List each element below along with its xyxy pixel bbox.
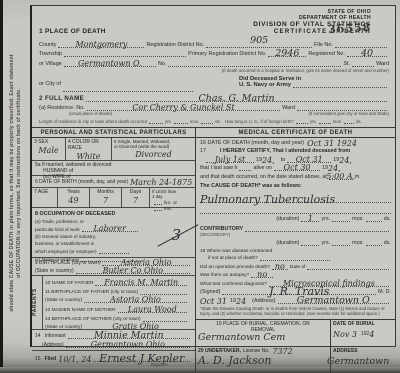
township-line [64,51,186,57]
age-days-cell: Days 7 [122,188,150,207]
death-certificate: STATE OF OHIO DEPARTMENT OF HEALTH DIVIS… [30,5,396,347]
scan-edge-strip [0,0,3,373]
to-label: to [281,157,286,163]
cause-of-death-label: The CAUSE OF DEATH* was as follows: [200,183,302,189]
less-than-day-cell: If LESS than 1 day hrs.or min. [150,188,195,207]
duration2-yrs: yrs. [321,240,330,246]
personal-column: 3 SEX Male 4 COLOR OR RACE White 5 Singl… [32,138,196,373]
death-occurred-label: and that death occurred, on the date sta… [200,174,327,180]
informant-row: 14 Informant Minnie Martin (Address) Ger… [32,330,195,351]
howlong-label: How long in U. S., if of foreign birth? [225,119,294,124]
registration-district-value: 905 [250,38,268,43]
howlong-yrs-line [296,118,308,124]
informant-line: Minnie Martin [68,333,190,339]
last-saw-value: Oct 30 [284,165,311,170]
primary-district-value: 2946 [275,51,299,56]
autopsy-line: no [251,272,273,278]
birthplace-row: 9 BIRTHPLACE (city or town) Astoria Ohio… [32,258,195,276]
handwritten-mark: 3 [171,226,181,244]
autopsy-value: no [257,272,267,277]
howlong-ds-line [344,118,354,124]
informant-address-value: Germantown Ohio [91,342,165,347]
margin-line-1: should state CAUSE OF DEATH in plain ter… [9,7,16,359]
undertaker-value: A. D. Jackson [198,358,328,363]
father-name-value: Francis M. Martin [104,280,178,285]
marital-value: Divorced [114,152,193,157]
months-label: Months [92,189,119,195]
where-contracted-label-2: if not at place of death? [208,256,258,261]
registered-no-line: 40 [347,51,387,57]
m-label: m. [355,174,361,180]
length-ds: ds. [215,119,221,124]
date-of-death-label: 16 DATE OF DEATH (month, day and year) [200,140,304,146]
footnote: *State the Disease Causing Death, or in … [196,304,395,319]
full-name-value: Chas. G. Martin [199,96,275,101]
age-row: 7 AGE Years 49 Months 7 Days 7 If LESS t… [32,188,195,208]
registrar-line: Ernest J Kepler [93,356,190,362]
where-contracted-label-1: 18 Where was disease contracted [200,249,272,254]
mother-name-line: Laura Wood [118,307,187,313]
nonresident-note: (If nonresident give city or town and St… [309,111,390,116]
informant-label: Informant [45,333,66,339]
duration-value: 1 [308,216,313,221]
ward-label: Ward [376,61,389,67]
residence-line: Cor Cherry & Gunckel St [87,105,280,111]
duration-mos-line [332,216,350,222]
navy-service-label-2: U. S. Navy or Army [239,82,291,88]
father-state-label: (State or country) [45,298,82,303]
parents-vertical-label: PARENTS [32,287,38,317]
birthplace-value: Astoria Ohio [121,260,172,265]
residence-value: Cor Cherry & Gunckel St [132,105,234,110]
registrar-signature: Ernest J Kepler [99,356,184,361]
burial-place-cell: 19 PLACE OF BURIAL, CREMATION, OR REMOVA… [196,320,331,346]
mother-birthplace-value: Gratis Ohio [112,324,159,329]
father-state-line: Astoria Ohio [84,297,187,303]
file-no-label: File No. [314,42,333,48]
contributory-line [245,226,389,232]
margin-line-2: of OCCUPATION is very important. See ins… [16,7,23,359]
informant-number: 14 [35,333,41,339]
mother-name-value: Laura Wood [128,307,177,312]
duration-mos: mos. [352,216,364,222]
township-label: Township [39,51,62,57]
street-no-label: No. [158,61,167,67]
dob-row: 6 DATE OF BIRTH (month, day, and year) M… [32,176,195,188]
county-value: Montgomery [75,42,127,47]
primary-district-line: 2946 [268,51,306,57]
length-mos: mos. [190,119,199,124]
age-days-value: 7 [124,198,147,203]
filed-label: Filed [45,356,57,362]
cause-line-2 [200,206,391,214]
years-label: Years [60,189,87,195]
sex-cell: 3 SEX Male [32,138,66,160]
village-label: or Village [39,61,62,67]
birthplace-line: Astoria Ohio [102,260,190,266]
secondary-label: (SECONDARY) [200,232,230,237]
burial-date-cell: DATE OF BURIAL Nov 3 192 4 [331,320,395,346]
duration2-ds: ds. [384,240,391,246]
township-row: Township Primary Registration District N… [39,51,389,57]
registered-no-label: Registered No. [308,51,345,57]
operation-date-line [307,264,389,270]
length-yrs-line [149,118,163,124]
last-saw-blank [239,165,251,171]
burial-date-value: Nov 3 [333,332,357,337]
city-line [63,86,193,92]
age-years-value: 49 [60,198,87,203]
from-year-value: 24, [262,158,275,163]
medical-column: 16 DATE OF DEATH (month, day and year) O… [196,138,395,373]
attended-from-value: July 1st [215,157,245,162]
signed-label: (Signed) [200,289,220,295]
duration2-mos-line [332,240,350,246]
primary-district-label: Primary Registration District No. [188,51,266,57]
father-name-label: 10 NAME OF FATHER [45,281,93,286]
duration-label: (duration) [276,216,299,222]
county-label: County [39,42,56,48]
column-headers: PERSONAL AND STATISTICAL PARTICULARS MED… [32,127,395,138]
mother-name-label: 12 MAIDEN NAME OF MOTHER [45,308,116,313]
parents-section: PARENTS 10 NAME OF FATHER Francis M. Mar… [32,276,195,330]
length-yrs: yrs. [165,119,172,124]
duration2-yrs-line [301,240,319,246]
full-name-row: 2 FULL NAME Chas. G. Martin [39,95,389,102]
undertaker-label: 20 UNDERTAKER, [198,348,241,354]
navy-service-block: Did Deceased Serve in U. S. Navy or Army [239,76,389,88]
medical-certificate-title: MEDICAL CERTIFICATE OF DEATH [196,128,395,137]
age-months-value: 7 [92,198,119,203]
informant-address-line: Germantown Ohio [66,342,190,348]
occupation-label: 8 OCCUPATION OF DECEASED [35,211,192,217]
howlong-mos-line [319,118,331,124]
marital-label-2: or Divorced (write the word) [114,144,193,149]
abode-note: (Usual place of abode) [69,111,112,116]
sex-value: Male [34,148,63,153]
occupation-value: Laborer [93,226,125,231]
navy-service-line [293,82,387,88]
length-mos-line [174,118,188,124]
length-ds-line [201,118,213,124]
village-value: Germantown O. [78,61,142,66]
duration2-ds-line [366,240,382,246]
duration-yrs: yrs. [321,216,330,222]
signed-address-value: Germantown O [297,298,370,303]
occupation-a-label-2: particular kind of work [35,227,80,232]
dob-label: 6 DATE OF BIRTH (month, day, and year) [35,179,128,185]
informant-address-label: (Address) [42,342,64,348]
autopsy-label: Was there an autopsy? [200,273,249,278]
race-value: White [68,154,109,159]
duration2-mos: mos. [352,240,364,246]
village-row: or Village Germantown O. No. St. Ward [39,61,389,67]
birthplace-state-value: Butler Co Ohio [103,268,163,273]
test-label: What test confirmed diagnosis? [200,282,267,287]
length-label: Length of residence in city or town wher… [39,119,147,124]
undertaker-cell: 20 UNDERTAKER, License No. 7372 A. D. Ja… [196,347,331,373]
burial-row: 19 PLACE OF BURIAL, CREMATION, OR REMOVA… [196,319,395,346]
item-17-number: 17 [200,148,206,154]
place-of-death-block: County Montgomery Registration District … [32,36,395,124]
occupation-a-label-1: (a) Trade, profession, or [35,219,84,224]
village-line: Germantown O. [64,61,156,67]
registration-district-label: Registration District No. [146,42,204,48]
age-cell: 7 AGE [32,188,58,207]
margin-instructions: should state CAUSE OF DEATH in plain ter… [9,7,23,359]
operation-line: no [272,264,288,270]
occupation-b-line [99,248,129,254]
birthplace-label: 9 BIRTHPLACE (city or town) [35,260,100,266]
dob-value: March 24-1875 [130,180,192,185]
howlong-yrs: yrs. [310,119,317,124]
filed-row: 15 Filed 10/1, 24 Ernest J Kepler Regist… [32,351,195,373]
last-year-value: 24, [328,166,341,171]
age-months-cell: Months 7 [90,188,122,207]
birthplace-state-label: (State or country) [35,268,74,274]
marital-cell: 5 Single, Married, Widowed, or Divorced … [112,138,195,160]
occupation-row: 8 OCCUPATION OF DECEASED (a) Trade, prof… [32,208,195,258]
father-birthplace-value: Astoria Ohio [110,297,161,302]
full-name-label: 2 FULL NAME [39,95,84,102]
county-row: County Montgomery Registration District … [39,42,389,48]
operation-value: no [275,264,285,269]
attended-to-value: Oct 31 [296,157,323,162]
to-year-value: 24, [339,158,352,163]
sex-label: 3 SEX [34,139,63,145]
race-label: 4 COLOR OR RACE [68,139,109,151]
alive-on-label: alive on [253,165,272,171]
burial-place-label-1: 19 PLACE OF BURIAL, CREMATION, OR [198,321,328,327]
cause-of-death-value: Pulmonary Tuberculosis [200,197,335,202]
howlong-mos: mos. [333,119,342,124]
hospital-note: (If death occurred in a hospital or inst… [222,68,389,73]
filed-value: 10/1, 24 [58,357,91,362]
attended-from-line: July 1st [206,157,254,163]
date-of-label: Date of [290,265,305,270]
age-label: 7 AGE [34,189,55,195]
race-cell: 4 COLOR OR RACE White [66,138,112,160]
undertaker-address-cell: ADDRESS Germantown [331,347,395,373]
st-label: St. [343,61,350,67]
full-name-line: Chas. G. Martin [86,96,387,102]
occupation-a-line: Laborer [82,226,138,232]
hour-line: 5:00 A. [329,174,353,180]
date-of-death-value: Oct 31 1924 [307,141,357,146]
registration-district-line: 905 [206,42,312,48]
md-label: M. D. [378,289,391,295]
personal-particulars-title: PERSONAL AND STATISTICAL PARTICULARS [32,128,196,137]
operation-label: Did an operation precede death? [200,265,270,270]
length-of-residence-row: Length of residence in city or town wher… [39,118,389,124]
file-number-stamp: 36558 [327,21,371,36]
howlong-ds: ds. [356,119,362,124]
undertaker-address-value: Germantown [327,359,393,364]
burial-place-value: Germantown Cem [198,335,328,340]
duration-yrs-line: 1 [301,216,319,222]
filed-number: 15 [35,356,41,362]
age-years-cell: Years 49 [58,188,90,207]
burial-year-value: 4 [369,332,374,337]
where-contracted-line [260,255,330,261]
days-label: Days [124,189,147,195]
registered-no-value: 40 [361,51,373,56]
sex-race-marital-row: 3 SEX Male 4 COLOR OR RACE White 5 Singl… [32,138,195,161]
occupation-b-label-1: (b) General nature of industry, [35,234,96,239]
last-saw-label: that I last saw h [200,165,237,171]
duration2-label: (duration) [276,240,299,246]
attended-to-line: Oct 31 [287,157,331,163]
hospital-note-row: (If death occurred in a hospital or inst… [39,68,389,73]
undertaker-row: 20 UNDERTAKER, License No. 7372 A. D. Ja… [196,346,395,373]
hour-value: 5:00 A. [326,174,355,179]
city-label: or City of [39,81,61,87]
street-no-line [168,61,341,67]
last-saw-line: Oct 30 [274,165,320,171]
husband-wife-row: 5a If married, widowed or divorced HUSBA… [32,161,195,176]
burial-date-label: DATE OF BURIAL [333,321,393,327]
duration-ds: ds. [384,216,391,222]
informant-value: Minnie Martin [94,333,164,338]
occupation-b-label-3: which employed (or employer) [35,249,97,254]
birthplace-state-line: Butler Co Ohio [76,268,190,274]
father-name-line: Francis M. Martin [95,280,187,286]
residence-ward-label: Ward [282,105,295,111]
license-label: License No. [243,348,269,354]
st-line [352,61,374,67]
certify-text: I HEREBY CERTIFY, That I attended deceas… [220,148,350,154]
license-value: 7372 [272,349,292,354]
signed-value: J. R. Travis [269,289,329,294]
county-line: Montgomery [58,42,144,48]
occupation-b-label-2: business, or establishment in [35,241,94,246]
undertaker-address-label: ADDRESS [333,348,393,354]
city-navy-row: or City of Did Deceased Serve in U. S. N… [39,76,389,92]
place-of-death-section-label: 1 PLACE OF DEATH [39,28,106,35]
file-no-line [335,42,387,48]
duration-ds-line [366,216,382,222]
